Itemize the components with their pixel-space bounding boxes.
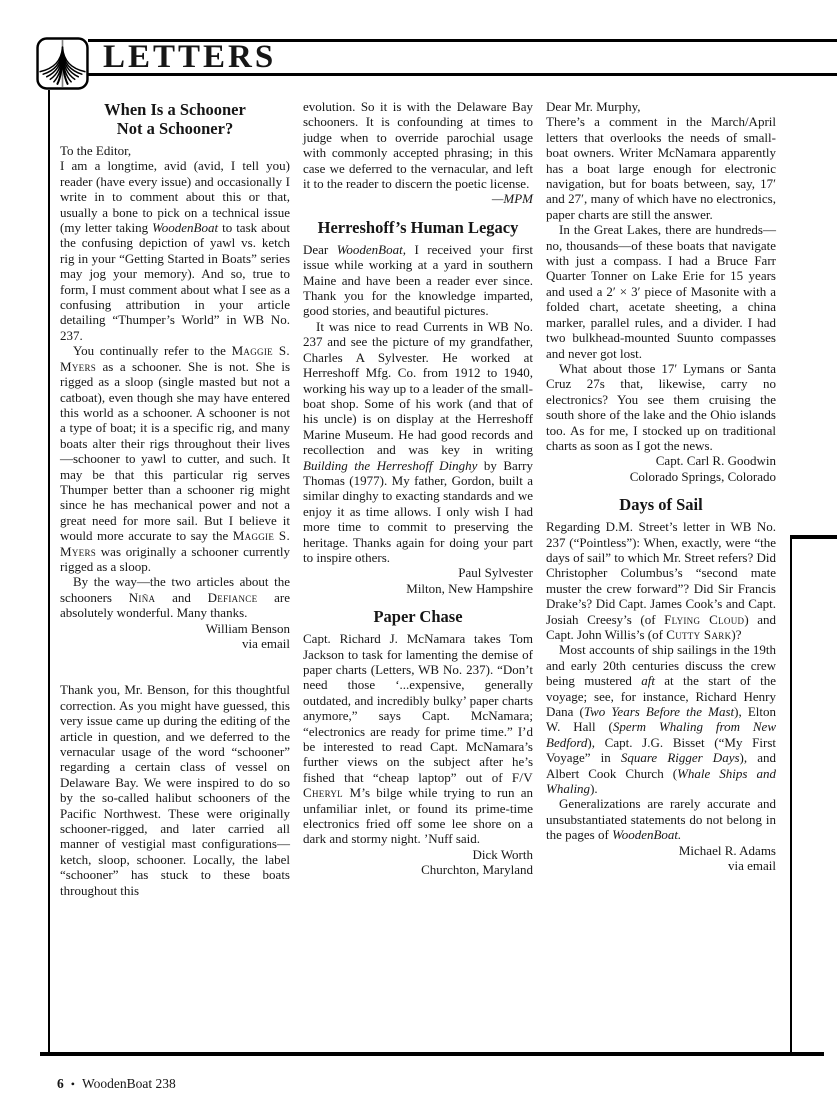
footer-rule [40, 1052, 824, 1056]
column-2: evolution. So it is with the Delaware Ba… [303, 99, 533, 898]
page-number: 6 [57, 1076, 64, 1091]
page-footer: 6•WoodenBoat 238 [57, 1076, 176, 1092]
letter-signature: Capt. Carl R. GoodwinColorado Springs, C… [546, 453, 776, 484]
column-1: When Is a SchoonerNot a Schooner?To the … [60, 99, 290, 898]
letter-signature: Michael R. Adamsvia email [546, 843, 776, 874]
letter-paragraph: There’s a comment in the March/April let… [546, 114, 776, 222]
letter-heading: When Is a SchoonerNot a Schooner? [60, 100, 290, 138]
letter-paragraph: Capt. Richard J. McNamara takes Tom Jack… [303, 631, 533, 847]
letter-paragraph: evolution. So it is with the Delaware Ba… [303, 99, 533, 191]
footer-bullet: • [71, 1077, 75, 1091]
letter-signature: —MPM [303, 191, 533, 206]
letter-heading: Herreshoff’s Human Legacy [303, 218, 533, 237]
magazine-letters-page: LETTERS When Is a SchoonerNot a Schooner… [0, 0, 837, 1120]
letters-columns: When Is a SchoonerNot a Schooner?To the … [60, 99, 776, 898]
letter-paragraph: Dear WoodenBoat, I received your first i… [303, 242, 533, 319]
letter-paragraph: Dear Mr. Murphy, [546, 99, 776, 114]
letter-paragraph: Most accounts of ship sailings in the 19… [546, 642, 776, 796]
publication-name: WoodenBoat 238 [82, 1076, 176, 1091]
letter-paragraph: In the Great Lakes, there are hundreds—n… [546, 222, 776, 361]
left-vertical-rule [48, 90, 50, 1052]
letter-paragraph: To the Editor, [60, 143, 290, 158]
letter-paragraph: You continually refer to the Maggie S. M… [60, 343, 290, 574]
letter-paragraph: Generalizations are rarely accurate and … [546, 796, 776, 842]
letter-paragraph: Thank you, Mr. Benson, for this thoughtf… [60, 682, 290, 898]
letter-paragraph: It was nice to read Currents in WB No. 2… [303, 319, 533, 566]
header-rule-bottom [88, 73, 837, 76]
letter-heading: Paper Chase [303, 607, 533, 626]
letter-signature: William Bensonvia email [60, 621, 290, 652]
spacer [60, 651, 290, 682]
letter-paragraph: I am a longtime, avid (avid, I tell you)… [60, 158, 290, 343]
woodenboat-logo [36, 37, 89, 90]
letter-paragraph: By the way—the two articles about the sc… [60, 574, 290, 620]
letter-signature: Paul SylvesterMilton, New Hampshire [303, 565, 533, 596]
boat-hull-lines-icon [36, 37, 89, 90]
section-title: LETTERS [103, 41, 276, 74]
letter-paragraph: Regarding D.M. Street’s letter in WB No.… [546, 519, 776, 642]
letter-signature: Dick WorthChurchton, Maryland [303, 847, 533, 878]
adjacent-content-frame [790, 535, 837, 1052]
column-3: Dear Mr. Murphy,There’s a comment in the… [546, 99, 776, 898]
letter-heading: Days of Sail [546, 495, 776, 514]
letter-paragraph: What about those 17′ Lymans or Santa Cru… [546, 361, 776, 453]
